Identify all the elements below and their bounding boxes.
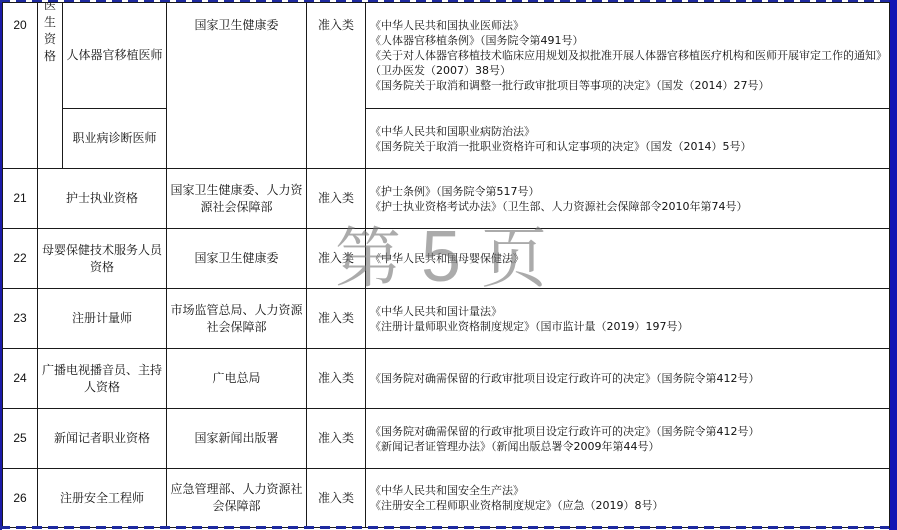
row-number: 20 (3, 3, 38, 169)
legal-basis: 《护士条例》（国务院令第517号） 《护士执业资格考试办法》（卫生部、人力资源社… (366, 169, 890, 229)
qualification-table: 20 医生资格 人体器官移植医师 国家卫生健康委 准入类 《中华人民共和国执业医… (2, 2, 890, 528)
qualification-name: 护士执业资格 (38, 169, 167, 229)
qualification-name: 注册计量师 (38, 289, 167, 349)
department: 国家卫生健康委 (167, 229, 307, 289)
row-number: 25 (3, 409, 38, 469)
qualification-name: 职业病诊断医师 (63, 109, 167, 169)
department: 广电总局 (167, 349, 307, 409)
table-row-21: 21 护士执业资格 国家卫生健康委、人力资源社会保障部 准入类 《护士条例》（国… (3, 169, 890, 229)
table-row-23: 23 注册计量师 市场监管总局、人力资源社会保障部 准入类 《中华人民共和国计量… (3, 289, 890, 349)
row-number: 24 (3, 349, 38, 409)
table-row-24: 24 广播电视播音员、主持人资格 广电总局 准入类 《国务院对确需保留的行政审批… (3, 349, 890, 409)
law-line: 《中华人民共和国安全生产法》 (370, 483, 885, 498)
row-number: 21 (3, 169, 38, 229)
law-line: 《国务院关于取消和调整一批行政审批项目等事项的决定》（国发（2014）27号） (370, 78, 885, 93)
qualification-name: 母婴保健技术服务人员资格 (38, 229, 167, 289)
law-line: 《护士执业资格考试办法》（卫生部、人力资源社会保障部令2010年第74号） (370, 199, 885, 214)
law-line: 《新闻记者证管理办法》（新闻出版总署令2009年第44号） (370, 439, 885, 454)
row-number: 26 (3, 469, 38, 528)
qualification-name: 新闻记者职业资格 (38, 409, 167, 469)
qualification-type: 准入类 (307, 229, 366, 289)
law-line: 《中华人民共和国职业病防治法》 (370, 124, 885, 139)
qualification-name: 广播电视播音员、主持人资格 (38, 349, 167, 409)
law-line: 《人体器官移植条例》（国务院令第491号） (370, 33, 885, 48)
law-line: 《国务院对确需保留的行政审批项目设定行政许可的决定》（国务院令第412号） (370, 424, 885, 439)
department: 市场监管总局、人力资源社会保障部 (167, 289, 307, 349)
law-line: 《护士条例》（国务院令第517号） (370, 184, 885, 199)
table-row-20b: 职业病诊断医师 《中华人民共和国职业病防治法》 《国务院关于取消一批职业资格许可… (3, 109, 890, 169)
table-row-26: 26 注册安全工程师 应急管理部、人力资源社会保障部 准入类 《中华人民共和国安… (3, 469, 890, 528)
table-row-22: 22 母婴保健技术服务人员资格 国家卫生健康委 准入类 《中华人民共和国母婴保健… (3, 229, 890, 289)
legal-basis: 《中华人民共和国职业病防治法》 《国务院关于取消一批职业资格许可和认定事项的决定… (366, 109, 890, 169)
legal-basis: 《中华人民共和国计量法》 《注册计量师职业资格制度规定》（国市监计量（2019）… (366, 289, 890, 349)
table-row-25: 25 新闻记者职业资格 国家新闻出版署 准入类 《国务院对确需保留的行政审批项目… (3, 409, 890, 469)
legal-basis: 《国务院对确需保留的行政审批项目设定行政许可的决定》（国务院令第412号） 《新… (366, 409, 890, 469)
page-break-bottom (0, 526, 889, 529)
law-line: 《国务院关于取消一批职业资格许可和认定事项的决定》（国发（2014）5号） (370, 139, 885, 154)
legal-basis: 《中华人民共和国执业医师法》 《人体器官移植条例》（国务院令第491号） 《关于… (366, 3, 890, 109)
qualification-type: 准入类 (307, 169, 366, 229)
law-line: 《关于对人体器官移植技术临床应用规划及拟批准开展人体器官移植医疗机构和医师开展审… (370, 48, 885, 78)
department: 应急管理部、人力资源社会保障部 (167, 469, 307, 528)
table-row-20a: 20 医生资格 人体器官移植医师 国家卫生健康委 准入类 《中华人民共和国执业医… (3, 3, 890, 109)
legal-basis: 《中华人民共和国安全生产法》 《注册安全工程师职业资格制度规定》（应急（2019… (366, 469, 890, 528)
category-cell: 医生资格 (38, 3, 63, 169)
row-number: 22 (3, 229, 38, 289)
department: 国家新闻出版署 (167, 409, 307, 469)
law-line: 《中华人民共和国母婴保健法》 (370, 251, 885, 266)
qualification-type: 准入类 (307, 3, 366, 169)
department: 国家卫生健康委 (167, 3, 307, 169)
qualification-name: 注册安全工程师 (38, 469, 167, 528)
department: 国家卫生健康委、人力资源社会保障部 (167, 169, 307, 229)
document-page: 20 医生资格 人体器官移植医师 国家卫生健康委 准入类 《中华人民共和国执业医… (0, 0, 897, 530)
qualification-type: 准入类 (307, 289, 366, 349)
row-number: 23 (3, 289, 38, 349)
qualification-type: 准入类 (307, 409, 366, 469)
law-line: 《注册计量师职业资格制度规定》（国市监计量（2019）197号） (370, 319, 885, 334)
law-line: 《中华人民共和国计量法》 (370, 304, 885, 319)
qualification-name: 人体器官移植医师 (63, 3, 167, 109)
law-line: 《注册安全工程师职业资格制度规定》（应急（2019）8号） (370, 498, 885, 513)
page-frame-right (889, 0, 897, 530)
law-line: 《中华人民共和国执业医师法》 (370, 18, 885, 33)
category-label: 医生资格 (43, 3, 57, 66)
qualification-type: 准入类 (307, 469, 366, 528)
qualification-type: 准入类 (307, 349, 366, 409)
legal-basis: 《国务院对确需保留的行政审批项目设定行政许可的决定》（国务院令第412号） (366, 349, 890, 409)
law-line: 《国务院对确需保留的行政审批项目设定行政许可的决定》（国务院令第412号） (370, 371, 885, 386)
legal-basis: 《中华人民共和国母婴保健法》 (366, 229, 890, 289)
